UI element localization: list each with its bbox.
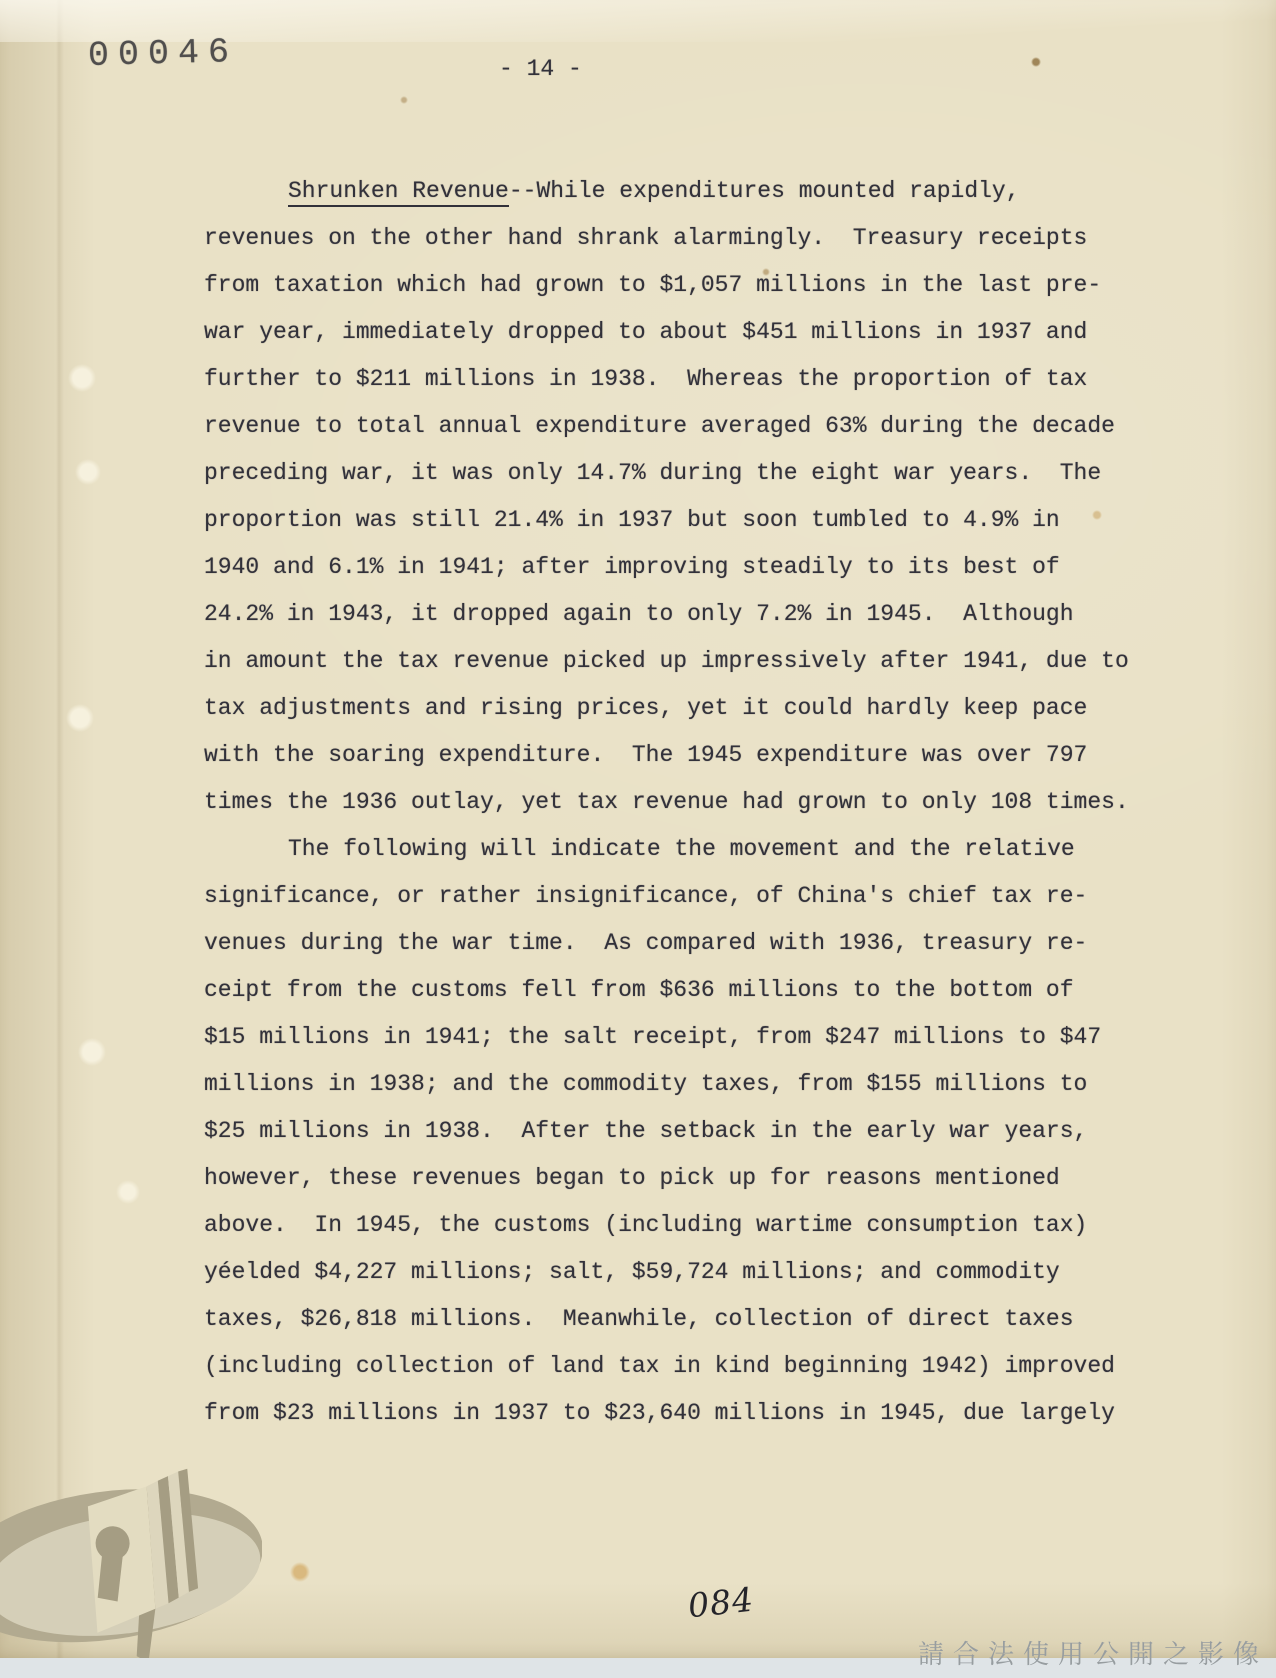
- paragraph-2-lines: significance, or rather insignificance, …: [204, 873, 1144, 1437]
- typed-line: above. In 1945, the customs (including w…: [204, 1202, 1144, 1249]
- heading-tail: --While expenditures mounted rapidly,: [509, 178, 1020, 204]
- typed-line: $15 millions in 1941; the salt receipt, …: [204, 1014, 1144, 1061]
- archive-stamp-number: 00046: [88, 32, 239, 76]
- typed-line: preceding war, it was only 14.7% during …: [204, 450, 1144, 497]
- typed-line: revenue to total annual expenditure aver…: [204, 403, 1144, 450]
- typed-line: 24.2% in 1943, it dropped again to only …: [204, 591, 1144, 638]
- typed-line: (including collection of land tax in kin…: [204, 1343, 1144, 1390]
- paragraph-1-opening-line: Shrunken Revenue--While expenditures mou…: [204, 168, 1144, 215]
- typed-line: taxes, $26,818 millions. Meanwhile, coll…: [204, 1296, 1144, 1343]
- typed-line: yéelded $4,227 millions; salt, $59,724 m…: [204, 1249, 1144, 1296]
- paragraph-1-lines: revenues on the other hand shrank alarmi…: [204, 215, 1144, 826]
- copyright-watermark-text: 請合法使用公開之影像: [918, 1634, 1268, 1671]
- typed-line: in amount the tax revenue picked up impr…: [204, 638, 1144, 685]
- typed-line: however, these revenues began to pick up…: [204, 1155, 1144, 1202]
- typed-line: significance, or rather insignificance, …: [204, 873, 1144, 920]
- typed-line: millions in 1938; and the commodity taxe…: [204, 1061, 1144, 1108]
- typed-line: with the soaring expenditure. The 1945 e…: [204, 732, 1144, 779]
- paragraph-2-opening-line: The following will indicate the movement…: [204, 826, 1144, 873]
- typed-line: revenues on the other hand shrank alarmi…: [204, 215, 1144, 262]
- scanned-paper-page: 00046 - 14 - Shrunken Revenue--While exp…: [0, 0, 1276, 1658]
- section-heading: Shrunken Revenue: [288, 178, 509, 207]
- book-keyhole-archive-logo-icon: [0, 1466, 262, 1676]
- typed-line: further to $211 millions in 1938. Wherea…: [204, 356, 1144, 403]
- typed-line: war year, immediately dropped to about $…: [204, 309, 1144, 356]
- typed-line: 1940 and 6.1% in 1941; after improving s…: [204, 544, 1144, 591]
- typed-line: times the 1936 outlay, yet tax revenue h…: [204, 779, 1144, 826]
- typed-line: $25 millions in 1938. After the setback …: [204, 1108, 1144, 1155]
- handwritten-folio-number: 084: [686, 1580, 756, 1626]
- typed-line: tax adjustments and rising prices, yet i…: [204, 685, 1144, 732]
- typed-line: ceipt from the customs fell from $636 mi…: [204, 967, 1144, 1014]
- typed-line: proportion was still 21.4% in 1937 but s…: [204, 497, 1144, 544]
- typed-line: from $23 millions in 1937 to $23,640 mil…: [204, 1390, 1144, 1437]
- typed-text-body: Shrunken Revenue--While expenditures mou…: [204, 168, 1144, 1437]
- typed-line: from taxation which had grown to $1,057 …: [204, 262, 1144, 309]
- typed-line: venues during the war time. As compared …: [204, 920, 1144, 967]
- page-number: - 14 -: [499, 56, 582, 82]
